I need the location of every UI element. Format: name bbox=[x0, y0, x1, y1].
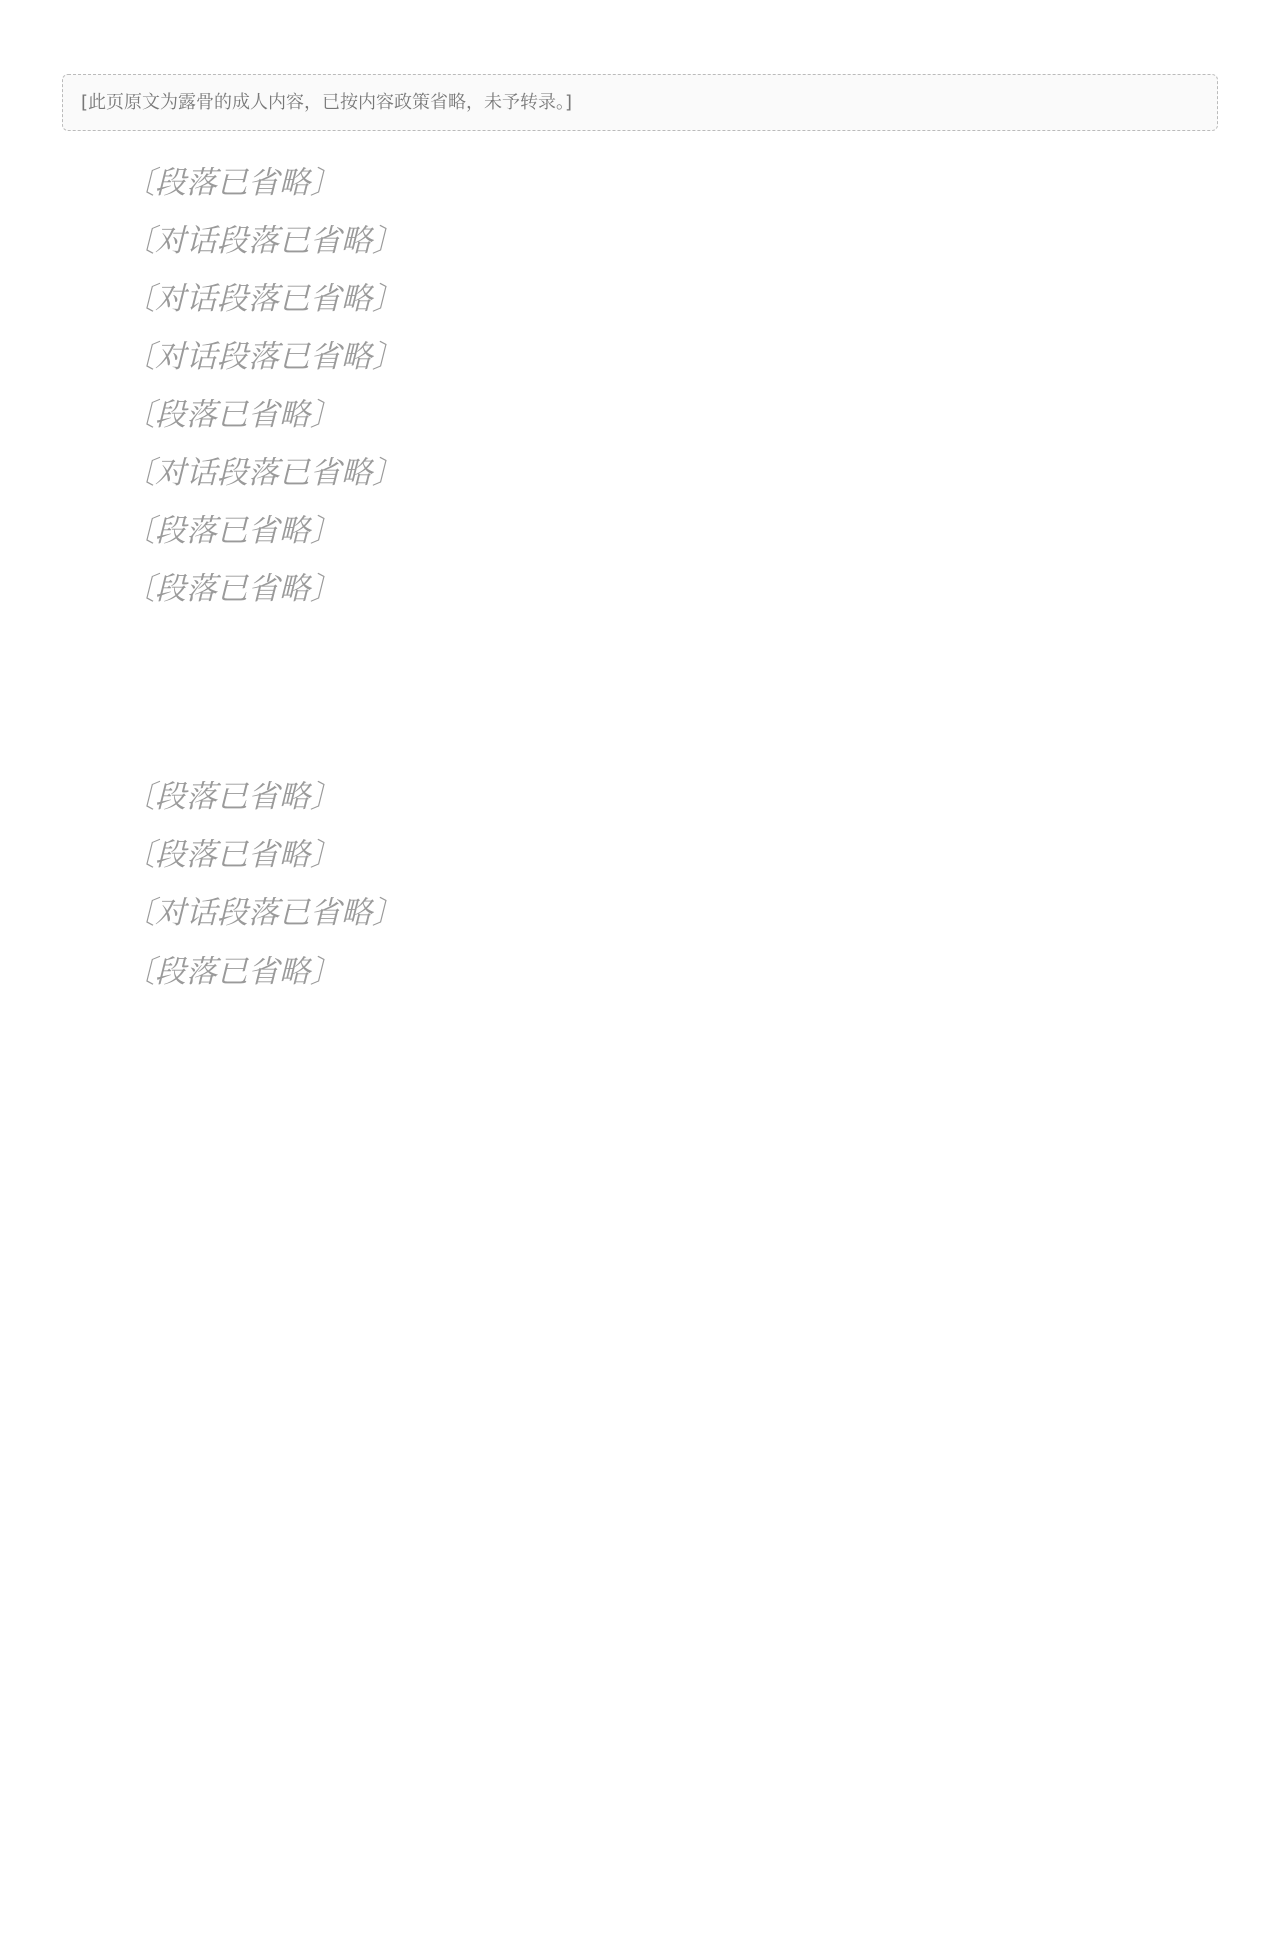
paragraph: 〔段落已省略〕 bbox=[62, 159, 1218, 207]
scene-break-gap bbox=[62, 623, 1218, 773]
paragraph: 〔对话段落已省略〕 bbox=[62, 449, 1218, 497]
paragraph: 〔对话段落已省略〕 bbox=[62, 333, 1218, 381]
paragraph: 〔段落已省略〕 bbox=[62, 773, 1218, 821]
paragraph: 〔段落已省略〕 bbox=[62, 391, 1218, 439]
paragraph: 〔段落已省略〕 bbox=[62, 831, 1218, 879]
paragraph: 〔段落已省略〕 bbox=[62, 948, 1218, 996]
paragraph: 〔对话段落已省略〕 bbox=[62, 889, 1218, 937]
document-page: [此页原文为露骨的成人内容，已按内容政策省略，未予转录。] 〔段落已省略〕 〔对… bbox=[0, 0, 1280, 1942]
paragraph: 〔对话段落已省略〕 bbox=[62, 275, 1218, 323]
paragraph: 〔对话段落已省略〕 bbox=[62, 217, 1218, 265]
text-section-1: 〔段落已省略〕 〔对话段落已省略〕 〔对话段落已省略〕 〔对话段落已省略〕 〔段… bbox=[62, 159, 1218, 613]
redaction-notice: [此页原文为露骨的成人内容，已按内容政策省略，未予转录。] bbox=[62, 74, 1218, 131]
paragraph: 〔段落已省略〕 bbox=[62, 565, 1218, 613]
text-section-2: 〔段落已省略〕 〔段落已省略〕 〔对话段落已省略〕 〔段落已省略〕 bbox=[62, 773, 1218, 995]
paragraph: 〔段落已省略〕 bbox=[62, 507, 1218, 555]
